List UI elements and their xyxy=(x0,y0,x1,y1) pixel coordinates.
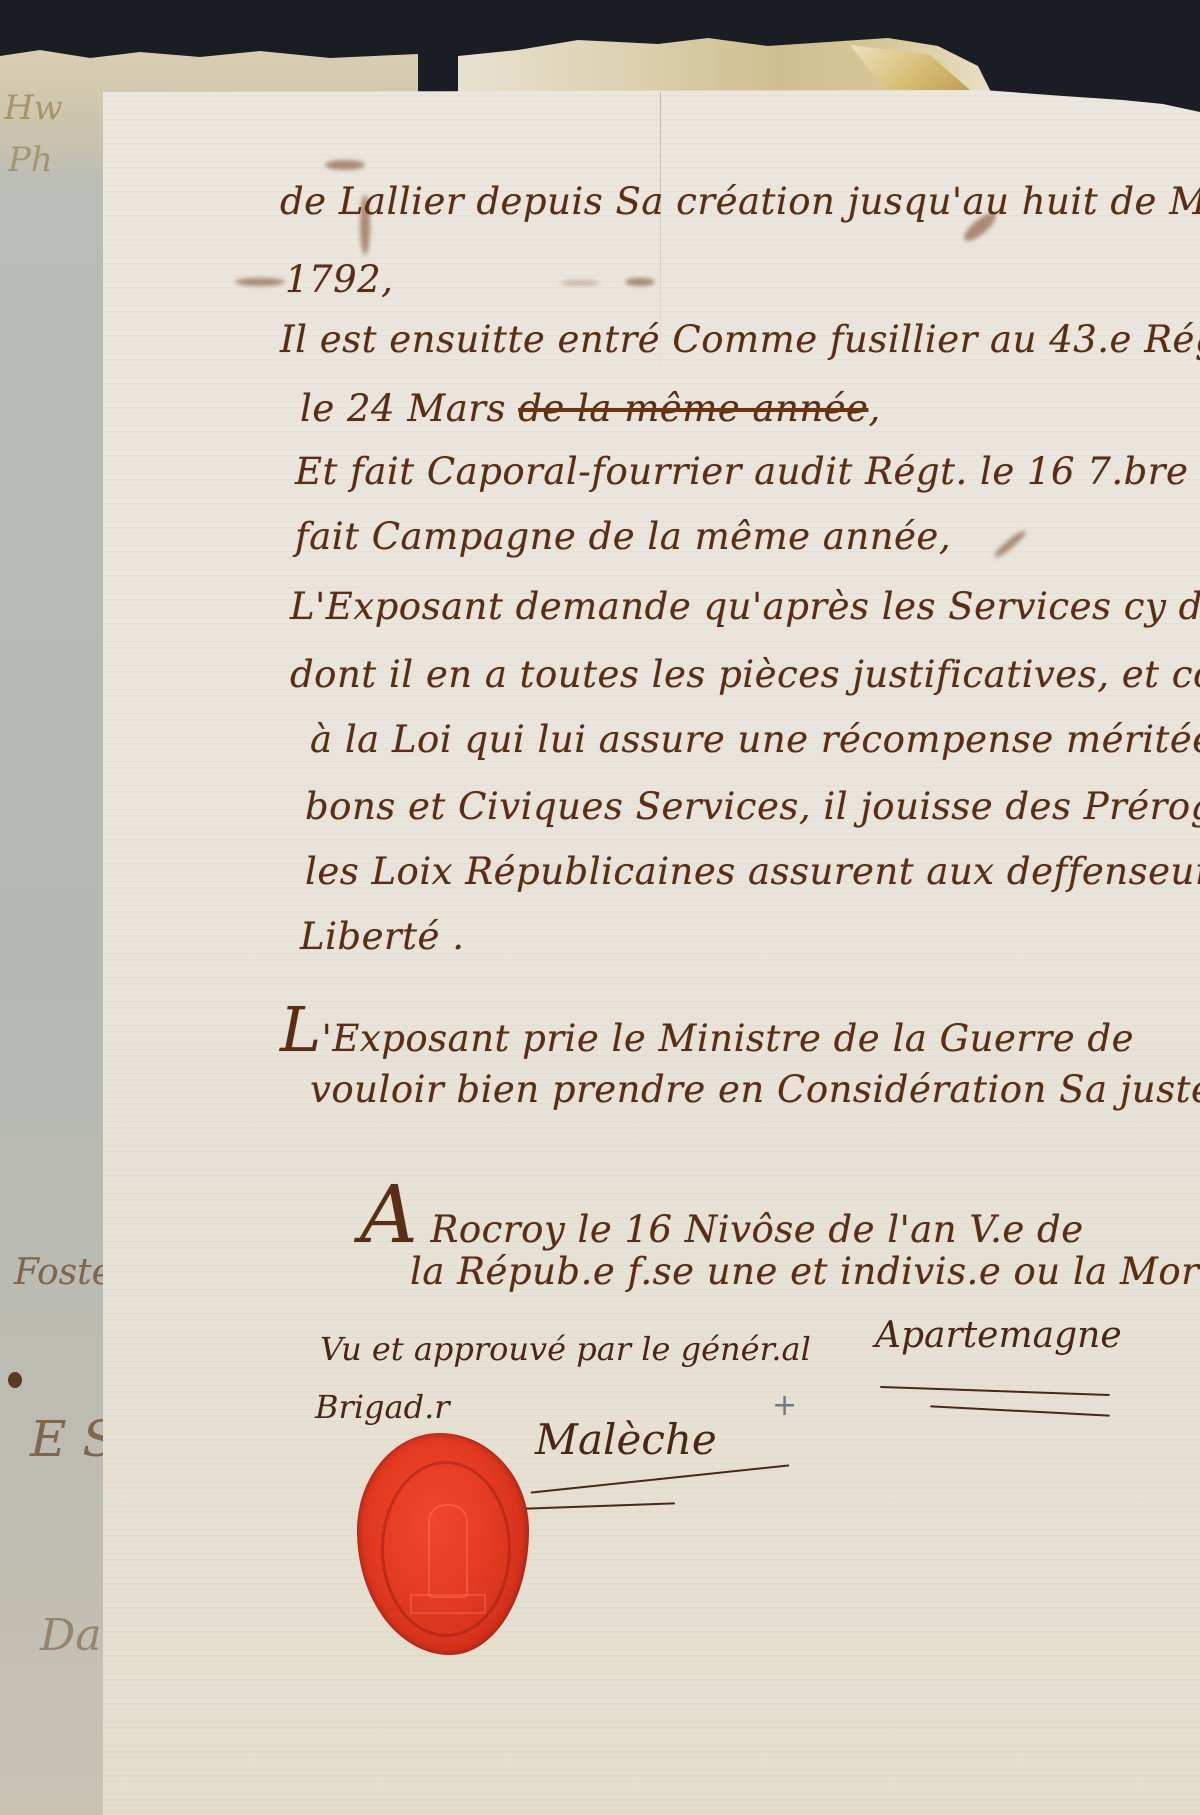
signature-right: Apartemagne xyxy=(875,1315,1122,1356)
letter-text: Rocroy le 16 Nivôse de l'an V.e de xyxy=(418,1208,1083,1251)
letter-line: les Loix Républicaines assurent aux deff… xyxy=(305,850,1200,893)
letter-line: Liberté . xyxy=(300,915,464,958)
letter-line: de Lallier depuis Sa création jusqu'au h… xyxy=(280,180,1200,223)
background-script-fragment: Da xyxy=(40,1610,102,1661)
seal-base xyxy=(410,1594,486,1614)
signature-center: Malèche xyxy=(535,1415,717,1464)
letter-line: la Répub.e f.se une et indivis.e ou la M… xyxy=(410,1250,1200,1293)
seal-impression-ring xyxy=(381,1461,511,1637)
approval-note: Vu et approuvé par le génér.al xyxy=(320,1330,811,1368)
ink-blot xyxy=(8,1372,22,1388)
ink-smudge xyxy=(325,160,365,170)
letter-line: L'Exposant prie le Ministre de la Guerre… xyxy=(280,993,1134,1066)
letter-line: L'Exposant demande qu'après les Services… xyxy=(290,585,1200,628)
letter-initial: A xyxy=(360,1168,418,1261)
ink-smudge xyxy=(235,278,285,286)
letter-line: le 24 Mars de la même année, xyxy=(300,387,881,430)
letter-line: à la Loi qui lui assure une récompense m… xyxy=(310,718,1200,761)
approval-rank: Brigad.r xyxy=(315,1388,450,1426)
letter-line: bons et Civiques Services, il jouisse de… xyxy=(305,785,1200,828)
letter-line: fait Campagne de la même année, xyxy=(295,515,951,558)
letter-line: A Rocroy le 16 Nivôse de l'an V.e de xyxy=(360,1168,1084,1261)
letter-text: , xyxy=(868,387,880,430)
letter-line: 1792, xyxy=(285,258,393,301)
struck-text: de la même année xyxy=(518,387,868,430)
letter-text: le 24 Mars xyxy=(300,387,518,430)
letter-line: Et fait Caporal-fourrier audit Régt. le … xyxy=(295,450,1200,493)
background-script-fragment: Hw xyxy=(4,88,63,128)
letter-text: 'Exposant prie le Ministre de la Guerre … xyxy=(322,1017,1134,1060)
ink-smudge xyxy=(625,278,655,286)
seal-figure xyxy=(428,1504,468,1598)
letter-line: Il est ensuitte entré Comme fusillier au… xyxy=(280,318,1200,361)
letter-line: vouloir bien prendre en Considération Sa… xyxy=(310,1068,1200,1111)
background-script-fragment: Ph xyxy=(8,140,53,180)
ink-smudge xyxy=(560,280,600,286)
letter-initial: L xyxy=(280,993,322,1066)
letter-line: dont il en a toutes les pièces justifica… xyxy=(290,653,1200,696)
pencil-cross-mark: + xyxy=(772,1388,797,1423)
